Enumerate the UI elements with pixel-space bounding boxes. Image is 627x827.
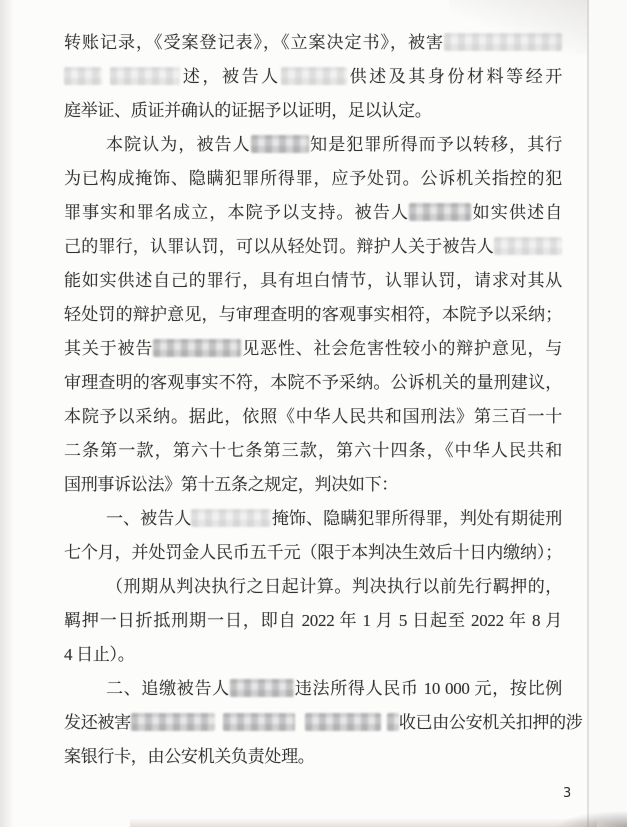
redaction-blur	[444, 33, 562, 51]
photo-background-right	[589, 0, 627, 827]
document-line: 一、被告人掩饰、隐瞒犯罪所得罪，判处有期徒刑	[64, 502, 562, 536]
document-line: 案银行卡，由公安机关负责处理。	[64, 740, 562, 774]
line-text: 庭举证、质证并确认的证据予以证明，足以认定。	[64, 101, 431, 120]
line-text: 4 日止）。	[64, 645, 134, 664]
line-text: 收已由公安机关扣押的涉	[399, 713, 583, 732]
redaction-blur	[191, 509, 271, 527]
redaction-gap	[215, 727, 223, 728]
redaction-blur	[110, 67, 180, 85]
line-text: 本院予以采纳。据此，依照《中华人民共和国刑法》第三百一十	[64, 407, 562, 426]
line-text: 如实供述自	[471, 203, 562, 222]
paper-left-edge-shadow	[0, 0, 14, 827]
line-text: 违法所得人民币 10 000 元，按比例	[294, 679, 562, 698]
document-line: 羁押一日折抵刑期一日，即自 2022 年 1 月 5 日起至 2022 年 8 …	[64, 604, 562, 638]
redaction-blur	[409, 203, 471, 221]
document-line: 二条第一款，第六十七条第三款，第六十四条，《中华人民共和	[64, 434, 562, 468]
document-line: 发还被害收已由公安机关扣押的涉	[64, 706, 562, 740]
document-line: 审理查明的客观事实不符，本院不予采纳。公诉机关的量刑建议，	[64, 366, 562, 400]
redaction-blur	[305, 713, 381, 731]
line-text: 见恶性、社会危害性较小的辩护意见，与	[241, 339, 562, 358]
line-text: 掩饰、隐瞒犯罪所得罪，判处有期徒刑	[271, 509, 562, 528]
line-text: 本院认为，被告人	[106, 135, 251, 154]
scanned-document-page: 转账记录，《受案登记表》，《立案决定书》，被害述，被告人供述及其身份材料等经开庭…	[0, 0, 627, 827]
line-text: 发还被害	[64, 713, 131, 732]
line-text: 转账记录，《受案登记表》，《立案决定书》，被害	[64, 33, 444, 52]
document-line: 为已构成掩饰、隐瞒犯罪所得罪，应予处罚。公诉机关指控的犯	[64, 162, 562, 196]
redaction-blur	[387, 713, 399, 731]
redaction-blur	[281, 67, 347, 85]
line-text: 其关于被告	[64, 339, 153, 358]
document-line: 七个月，并处罚金人民币五千元（限于本判决生效后十日内缴纳）；	[64, 536, 562, 570]
line-text: 七个月，并处罚金人民币五千元（限于本判决生效后十日内缴纳）；	[64, 543, 562, 562]
line-text: 知是犯罪所得而予以转移，其行	[309, 135, 562, 154]
redaction-gap	[295, 727, 305, 728]
document-line: 本院认为，被告人知是犯罪所得而予以转移，其行	[64, 128, 562, 162]
document-line: 二、追缴被告人违法所得人民币 10 000 元，按比例	[64, 672, 562, 706]
line-text: 国刑事诉讼法》第十五条之规定，判决如下：	[64, 475, 398, 494]
redaction-blur	[153, 339, 241, 357]
redaction-gap	[381, 727, 387, 728]
line-text: （刑期从判决执行之日起计算。判决执行以前先行羁押的，	[106, 577, 562, 596]
line-text: 轻处罚的辩护意见，与审理查明的客观事实相符，本院予以采纳；	[64, 305, 562, 324]
line-text: 为已构成掩饰、隐瞒犯罪所得罪，应予处罚。公诉机关指控的犯	[64, 169, 562, 188]
line-text: 能如实供述自己的罪行，具有坦白情节，认罪认罚，请求对其从	[64, 271, 562, 290]
document-body: 转账记录，《受案登记表》，《立案决定书》，被害述，被告人供述及其身份材料等经开庭…	[64, 26, 562, 774]
redaction-blur	[251, 135, 309, 153]
bottom-edge-shadow	[130, 818, 597, 827]
redaction-gap	[102, 81, 110, 82]
line-text: 审理查明的客观事实不符，本院不予采纳。公诉机关的量刑建议，	[64, 373, 562, 392]
document-line: 转账记录，《受案登记表》，《立案决定书》，被害	[64, 26, 562, 60]
line-text: 一、被告人	[106, 509, 191, 528]
redaction-blur	[64, 67, 102, 85]
redaction-blur	[494, 237, 562, 255]
document-line: 其关于被告见恶性、社会危害性较小的辩护意见，与	[64, 332, 562, 366]
document-line: 罪事实和罪名成立，本院予以支持。被告人如实供述自	[64, 196, 562, 230]
document-line: 国刑事诉讼法》第十五条之规定，判决如下：	[64, 468, 562, 502]
line-text: 二条第一款，第六十七条第三款，第六十四条，《中华人民共和	[64, 441, 562, 460]
document-line: 轻处罚的辩护意见，与审理查明的客观事实相符，本院予以采纳；	[64, 298, 562, 332]
line-text: 罪事实和罪名成立，本院予以支持。被告人	[64, 203, 409, 222]
document-line: 本院予以采纳。据此，依照《中华人民共和国刑法》第三百一十	[64, 400, 562, 434]
line-text: 案银行卡，由公安机关负责处理。	[64, 747, 315, 766]
redaction-blur	[223, 713, 295, 731]
line-text: 羁押一日折抵刑期一日，即自 2022 年 1 月 5 日起至 2022 年 8 …	[64, 611, 562, 630]
line-text: 二、追缴被告人	[106, 679, 230, 698]
redaction-blur	[131, 713, 215, 731]
page-number: 3	[563, 786, 571, 801]
bottom-right-corner-shadow	[557, 811, 627, 827]
document-line: 述，被告人供述及其身份材料等经开	[64, 60, 562, 94]
line-text: 述，被告人	[180, 67, 281, 86]
line-text: 己的罪行，认罪认罚，可以从轻处罚。辩护人关于被告人	[64, 237, 494, 256]
redaction-blur	[230, 679, 294, 697]
document-line: 能如实供述自己的罪行，具有坦白情节，认罪认罚，请求对其从	[64, 264, 562, 298]
paper-right-edge	[587, 0, 589, 827]
document-line: 庭举证、质证并确认的证据予以证明，足以认定。	[64, 94, 562, 128]
line-text: 供述及其身份材料等经开	[347, 67, 562, 86]
document-line: 4 日止）。	[64, 638, 562, 672]
document-line: （刑期从判决执行之日起计算。判决执行以前先行羁押的，	[64, 570, 562, 604]
document-line: 己的罪行，认罪认罚，可以从轻处罚。辩护人关于被告人	[64, 230, 562, 264]
